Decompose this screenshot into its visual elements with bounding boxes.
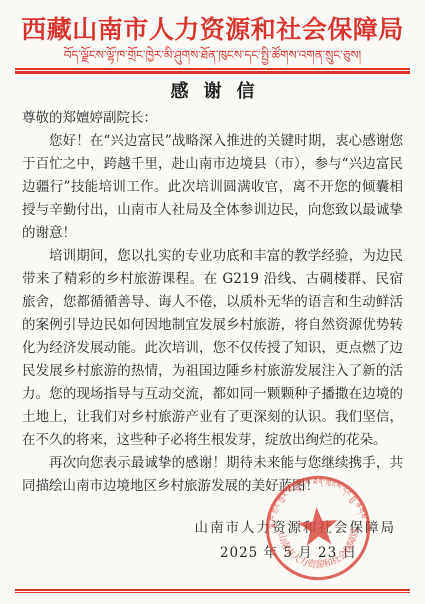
paragraph-2: 培训期间，您以扎实的专业功底和丰富的教学经验，为边民带来了精彩的乡村旅游课程。在… — [22, 245, 403, 452]
divider-thick-line — [15, 71, 410, 74]
letterhead-divider — [15, 68, 410, 74]
signature-date: 2025 年 5 月 23 日 — [0, 542, 425, 565]
paragraph-3: 再次向您表示最诚挚的感谢！期待未来能与您继续携手，共同描绘山南市边境地区乡村旅游… — [22, 452, 403, 498]
letterhead: 西藏山南市人力资源和社会保障局 བོད་ལྗོངས་ལྷོ་ཁ་གྲོང་ཁྱེ… — [0, 0, 425, 74]
document-title: 感谢信 — [0, 81, 425, 102]
signature-block: 山南市人力资源和社会保障局 2025 年 5 月 23 日 — [0, 517, 425, 565]
salutation: 尊敬的郑嬗婷副院长： — [22, 107, 403, 130]
footer-thin-line — [15, 592, 410, 593]
letter-body: 尊敬的郑嬗婷副院长： 您好！在“兴边富民”战略深入推进的关键时期，衷心感谢您于百… — [22, 107, 403, 498]
letter-page: 西藏山南市人力资源和社会保障局 བོད་ལྗོངས་ལྷོ་ཁ་གྲོང་ཁྱེ… — [0, 0, 425, 604]
org-name-tibetan: བོད་ལྗོངས་ལྷོ་ཁ་གྲོང་ཁྱེར་མི་ཤུགས་ཐོན་ཁུ… — [0, 46, 425, 65]
footer-divider — [15, 589, 410, 594]
org-name-chinese: 西藏山南市人力资源和社会保障局 — [0, 15, 425, 45]
paragraph-1: 您好！在“兴边富民”战略深入推进的关键时期，衷心感谢您于百忙之中，跨越千里，赴山… — [22, 130, 403, 245]
signature-org: 山南市人力资源和社会保障局 — [0, 517, 425, 540]
